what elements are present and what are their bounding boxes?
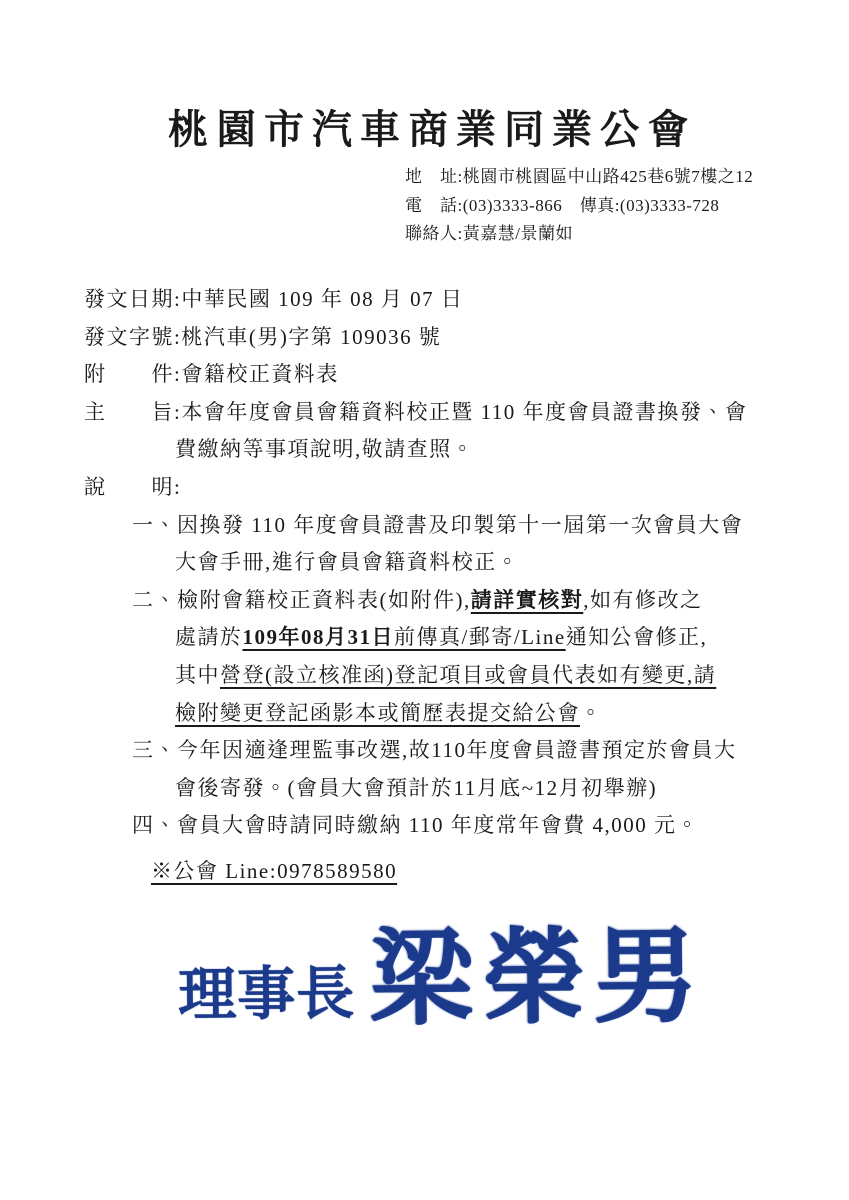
text-segment: 費繳納等事項說明,敬請查照。 [175,437,474,461]
contact-address: 地 址:桃園市桃園區中山路425巷6號7樓之12 [405,163,753,192]
body-line: 三、今年因適逢理監事改選,故110年度會員證書預定於會員大 [84,732,784,770]
body-line: 檢附變更登記函影本或簡歷表提交給公會。 [84,695,784,733]
text-segment: 發文日期:中華民國 109 年 08 月 07 日 [84,287,463,311]
text-segment: 檢附變更登記函影本或簡歷表提交給公會 [175,701,580,725]
text-segment: 大會手冊,進行會員會籍資料校正。 [175,550,519,574]
text-segment: 通知公會修正, [566,625,708,649]
contact-phone-fax: 電 話:(03)3333-866 傳真:(03)3333-728 [405,192,753,221]
body-line: 其中營登(設立核准函)登記項目或會員代表如有變更,請 [84,657,784,695]
text-segment: 會後寄發。(會員大會預計於11月底~12月初舉辦) [175,776,657,800]
text-segment: 請詳實核對 [471,588,584,612]
stamp-name-text: 梁榮男 [368,925,705,1033]
text-segment: 。 [580,701,603,725]
body-line: 四、會員大會時請同時繳納 110 年度常年會費 4,000 元。 [84,807,784,845]
body-line: 附 件:會籍校正資料表 [84,356,784,394]
document-body: 發文日期:中華民國 109 年 08 月 07 日發文字號:桃汽車(男)字第 1… [84,281,784,891]
body-line: ※公會 Line:0978589580 [84,853,784,891]
text-segment: 附 件:會籍校正資料表 [84,362,339,386]
text-segment: ※公會 Line:0978589580 [151,859,397,883]
text-segment: 營登(設立核准函)登記項目或會員代表如有變更,請 [220,663,716,687]
body-line: 說 明: [84,469,784,507]
text-segment: ,如有修改之 [583,588,702,612]
body-line: 費繳納等事項說明,敬請查照。 [84,431,784,469]
body-line: 發文字號:桃汽車(男)字第 109036 號 [84,319,784,357]
text-segment: 處請於 [175,625,243,649]
text-segment: 說 明: [84,475,181,499]
text-segment: 前傳真/郵寄/Line [394,625,566,649]
text-segment: 其中 [175,663,220,687]
text-segment: 主 旨:本會年度會員會籍資料校正暨 110 年度會員證書換發、會 [84,400,748,424]
text-segment: 一、因換發 110 年度會員證書及印製第十一屆第一次會員大會 [132,513,743,537]
letter-page: 桃園市汽車商業同業公會 地 址:桃園市桃園區中山路425巷6號7樓之12 電 話… [0,0,849,1200]
body-line: 大會手冊,進行會員會籍資料校正。 [84,544,784,582]
chairman-stamp: 理事長 梁榮男 [177,925,705,1035]
text-segment: 四、會員大會時請同時繳納 110 年度常年會費 4,000 元。 [132,813,699,837]
text-segment: 109年08月31日 [243,625,395,649]
body-line: 二、檢附會籍校正資料表(如附件),請詳實核對,如有修改之 [84,582,784,620]
text-segment: 二、檢附會籍校正資料表(如附件), [132,588,471,612]
body-line: 發文日期:中華民國 109 年 08 月 07 日 [84,281,784,319]
text-segment: 發文字號:桃汽車(男)字第 109036 號 [84,325,441,349]
stamp-title-text: 理事長 [178,965,356,1025]
body-line: 會後寄發。(會員大會預計於11月底~12月初舉辦) [84,770,784,808]
body-line: 一、因換發 110 年度會員證書及印製第十一屆第一次會員大會 [84,507,784,545]
text-segment: 三、今年因適逢理監事改選,故110年度會員證書預定於會員大 [132,738,736,762]
body-line: 主 旨:本會年度會員會籍資料校正暨 110 年度會員證書換發、會 [84,394,784,432]
body-line: 處請於109年08月31日前傳真/郵寄/Line通知公會修正, [84,619,784,657]
organization-title: 桃園市汽車商業同業公會 [168,104,696,156]
contact-block: 地 址:桃園市桃園區中山路425巷6號7樓之12 電 話:(03)3333-86… [405,163,753,249]
contact-person: 聯絡人:黃嘉慧/景蘭如 [405,220,753,249]
